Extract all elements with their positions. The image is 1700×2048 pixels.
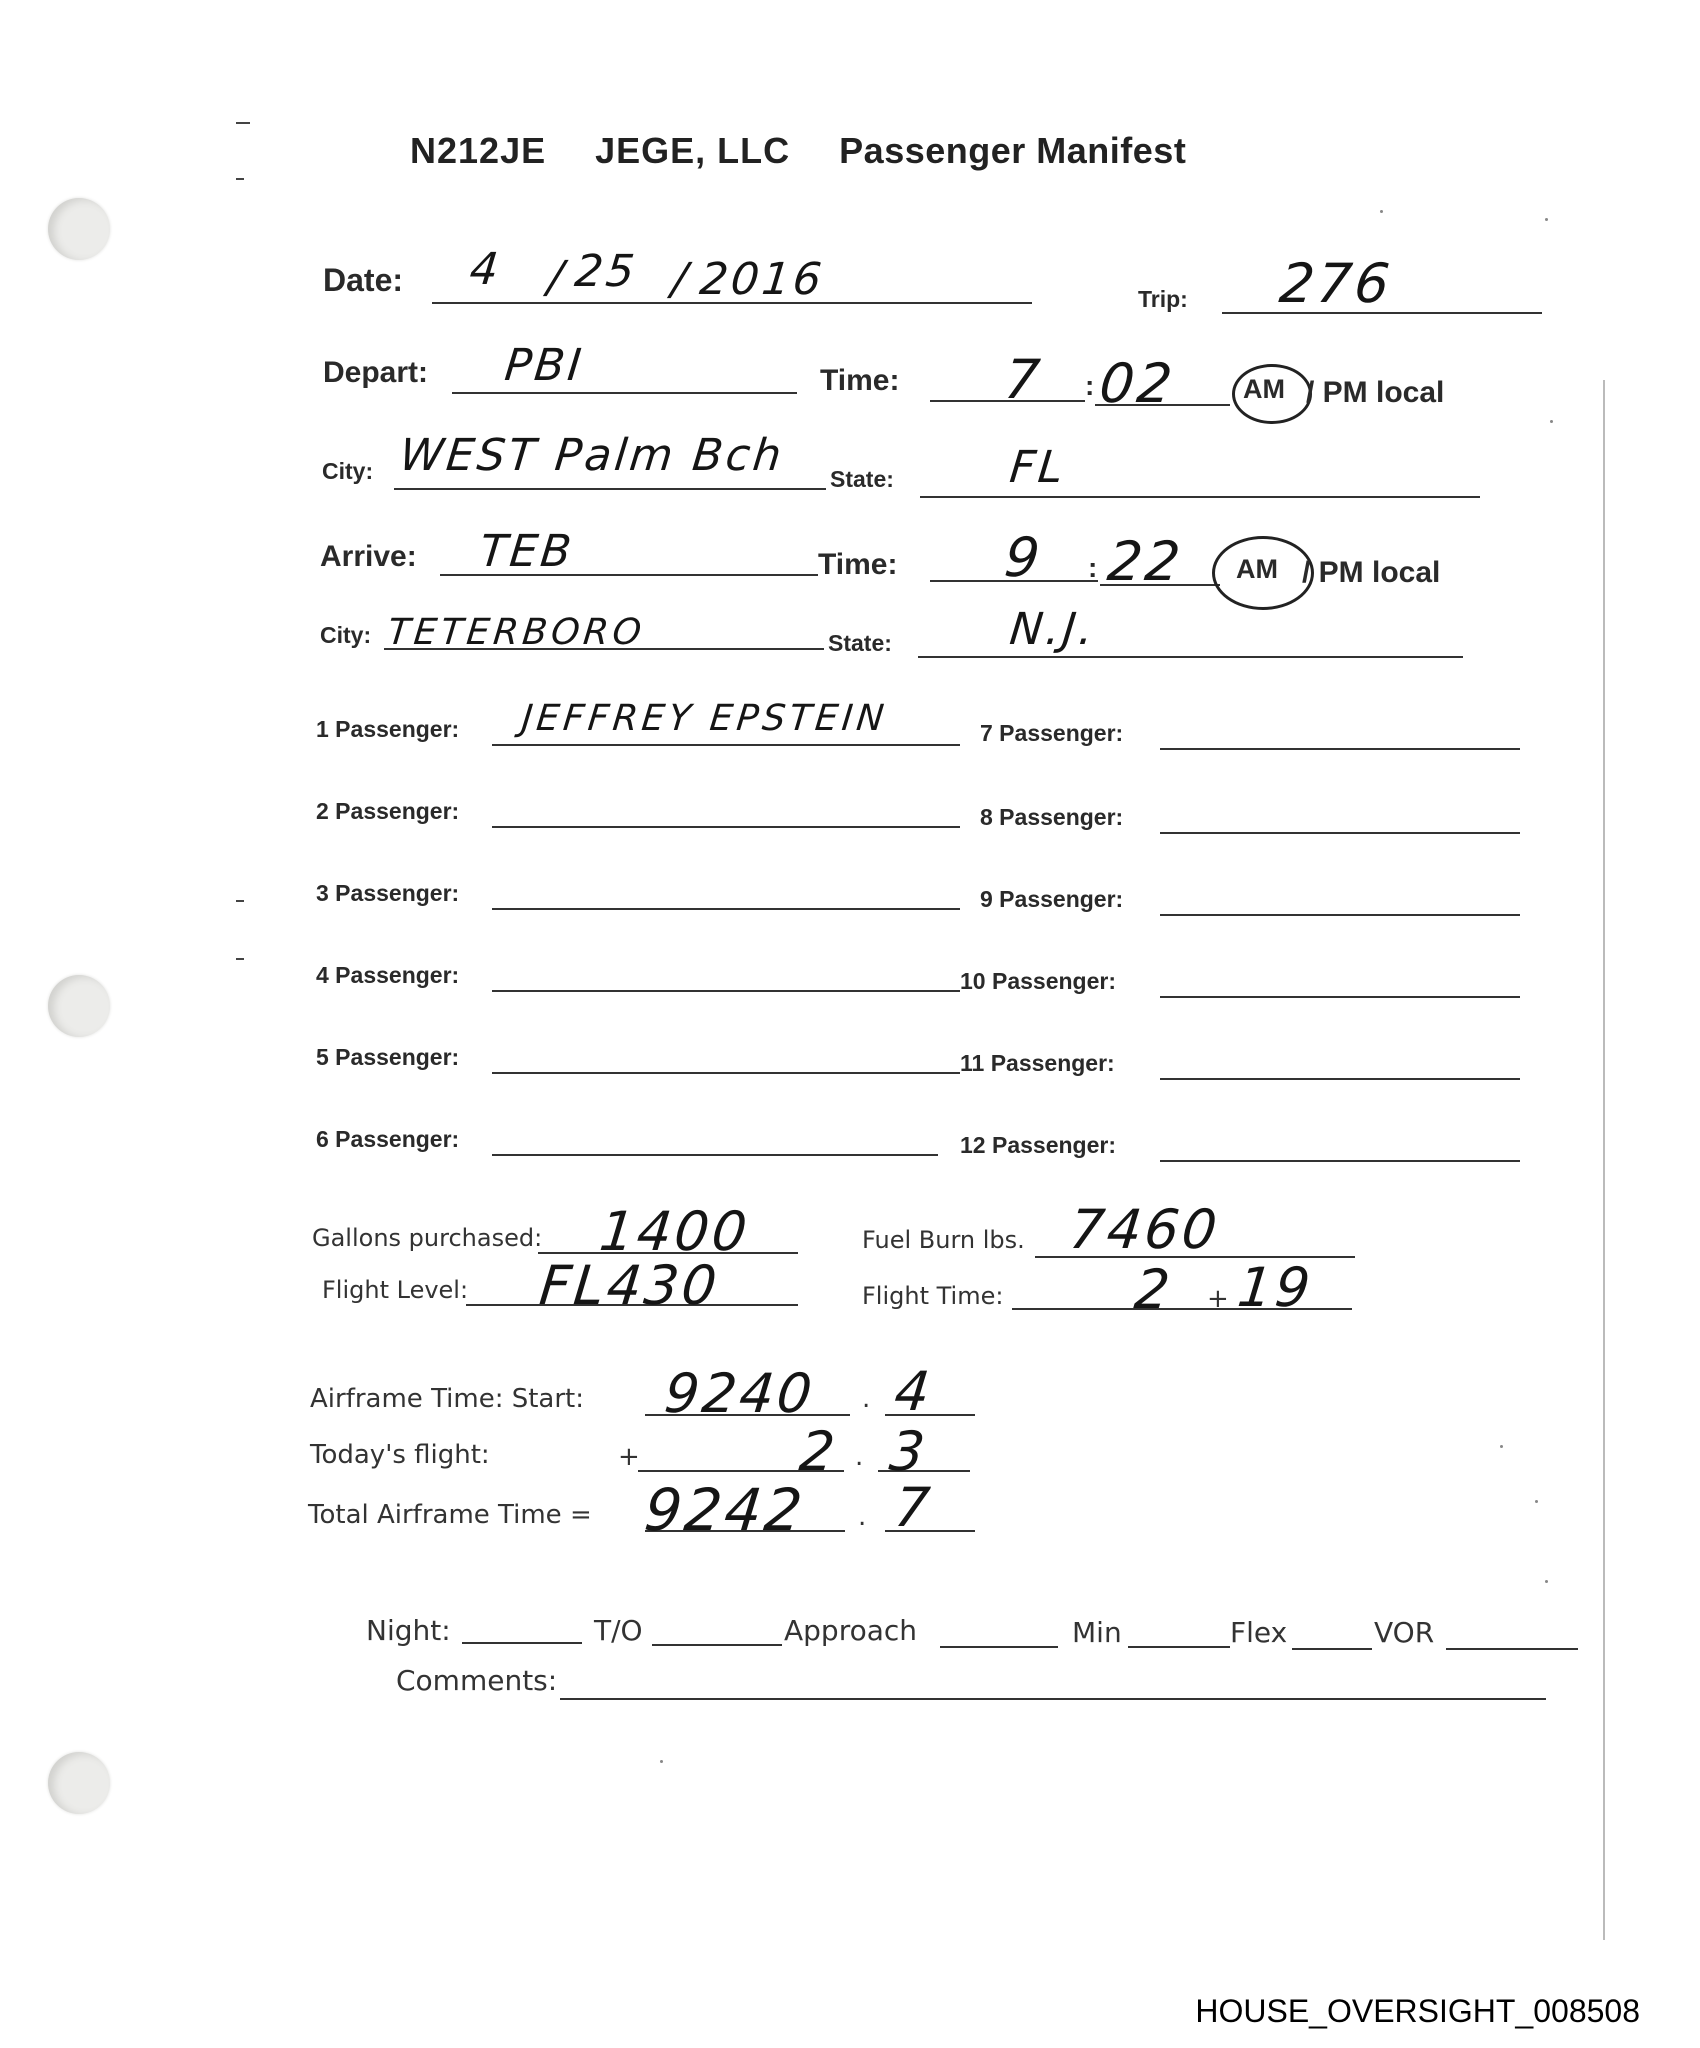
- company-name: JEGE, LLC: [595, 130, 790, 171]
- depart-am[interactable]: AM: [1243, 374, 1285, 405]
- night-label: Night:: [366, 1614, 451, 1647]
- arrive-am[interactable]: AM: [1236, 554, 1278, 585]
- form-title: Passenger Manifest: [839, 130, 1186, 171]
- fuel-burn-label: Fuel Burn lbs.: [862, 1226, 1025, 1254]
- manifest-header: N212JE JEGE, LLC Passenger Manifest: [410, 130, 1224, 172]
- min-line[interactable]: [1128, 1646, 1230, 1648]
- time-colon: :: [1085, 370, 1094, 402]
- date-sep: /: [669, 254, 692, 305]
- passenger-label: 10 Passenger:: [960, 968, 1116, 995]
- hole-punch-top: [48, 198, 110, 260]
- passenger-name-field[interactable]: [1160, 1160, 1520, 1162]
- passenger-label: 5 Passenger:: [316, 1044, 459, 1071]
- passenger-name-field[interactable]: [492, 826, 960, 828]
- todays-flight-operator: +: [618, 1442, 640, 1472]
- decimal-point: .: [855, 1442, 863, 1472]
- passenger-label: 2 Passenger:: [316, 798, 459, 825]
- bates-stamp: HOUSE_OVERSIGHT_008508: [1195, 1993, 1640, 2030]
- todays-flight-dec: 3: [887, 1420, 931, 1483]
- margin-dash: [236, 900, 244, 902]
- trip-number: 276: [1277, 252, 1396, 315]
- arrive-city: TETERBORO: [386, 612, 647, 653]
- arrive-airport: TEB: [477, 526, 576, 577]
- date-year: 2016: [697, 254, 826, 305]
- passenger-name-field[interactable]: [1160, 996, 1520, 998]
- passenger-name-field[interactable]: [492, 908, 960, 910]
- arrive-city-label: City:: [320, 622, 371, 649]
- flight-time-separator: +: [1207, 1284, 1229, 1314]
- flight-time-minutes: 19: [1235, 1256, 1316, 1319]
- vor-line[interactable]: [1446, 1648, 1578, 1650]
- passenger-name: JEFFREY EPSTEIN: [520, 698, 890, 739]
- passenger-name-field[interactable]: [1160, 914, 1520, 916]
- passenger-label: 6 Passenger:: [316, 1126, 459, 1153]
- trip-label: Trip:: [1138, 286, 1188, 313]
- airframe-start-whole: 9240: [662, 1362, 818, 1425]
- comments-line[interactable]: [560, 1698, 1546, 1700]
- depart-label: Depart:: [323, 356, 428, 390]
- todays-flight-whole: 2: [797, 1420, 841, 1483]
- scan-speck: [1535, 1500, 1538, 1503]
- time-colon: :: [1088, 552, 1097, 584]
- flex-label: Flex: [1230, 1616, 1287, 1649]
- scan-speck: [1550, 420, 1553, 423]
- depart-state-label: State:: [830, 466, 894, 493]
- passenger-label: 12 Passenger:: [960, 1132, 1116, 1159]
- passenger-label: 3 Passenger:: [316, 880, 459, 907]
- decimal-point: .: [858, 1502, 866, 1532]
- takeoff-label: T/O: [594, 1614, 643, 1647]
- margin-dash: [236, 178, 244, 180]
- vor-label: VOR: [1374, 1616, 1434, 1649]
- depart-city-line[interactable]: [394, 488, 826, 490]
- tail-number: N212JE: [410, 130, 546, 171]
- gallons-label: Gallons purchased:: [312, 1224, 542, 1252]
- passenger-label: 7 Passenger:: [980, 720, 1123, 747]
- arrive-state-line[interactable]: [918, 656, 1463, 658]
- decimal-point: .: [862, 1384, 870, 1414]
- takeoff-line[interactable]: [652, 1644, 782, 1646]
- min-label: Min: [1072, 1616, 1122, 1649]
- depart-airport: PBI: [502, 340, 586, 391]
- margin-dash: [236, 958, 244, 960]
- passenger-label: 11 Passenger:: [960, 1050, 1115, 1077]
- passenger-name-field[interactable]: [492, 1072, 960, 1074]
- scan-speck: [1545, 218, 1548, 221]
- date-day: 25: [572, 246, 639, 297]
- hole-punch-bottom: [48, 1752, 110, 1814]
- flight-time-label: Flight Time:: [862, 1282, 1003, 1310]
- airframe-start-dec: 4: [892, 1360, 936, 1423]
- night-line[interactable]: [462, 1642, 582, 1644]
- passenger-name-field[interactable]: [492, 744, 960, 746]
- depart-state-line[interactable]: [920, 496, 1480, 498]
- passenger-label: 4 Passenger:: [316, 962, 459, 989]
- scan-speck: [1500, 1445, 1503, 1448]
- arrive-label: Arrive:: [320, 540, 417, 574]
- flight-level-label: Flight Level:: [322, 1276, 468, 1304]
- depart-city: WEST Palm Bch: [397, 430, 786, 481]
- passenger-name-field[interactable]: [492, 990, 960, 992]
- scan-speck: [1545, 1580, 1548, 1583]
- todays-flight-label: Today's flight:: [310, 1440, 490, 1470]
- approach-label: Approach: [784, 1614, 917, 1647]
- arrive-state-label: State:: [828, 630, 892, 657]
- scan-speck: [660, 1760, 663, 1763]
- approach-line[interactable]: [940, 1646, 1058, 1648]
- depart-pm-local[interactable]: / PM local: [1306, 376, 1444, 410]
- scan-speck: [1380, 210, 1383, 213]
- date-label: Date:: [323, 262, 403, 299]
- arrive-time-label: Time:: [818, 548, 897, 582]
- margin-mark: [236, 104, 250, 124]
- hole-punch-middle: [48, 975, 110, 1037]
- depart-city-label: City:: [322, 458, 373, 485]
- arrive-hour: 9: [1002, 526, 1046, 589]
- passenger-name-field[interactable]: [1160, 1078, 1520, 1080]
- passenger-name-field[interactable]: [492, 1154, 938, 1156]
- total-airframe-whole: 9242: [641, 1476, 808, 1544]
- total-airframe-label: Total Airframe Time =: [308, 1500, 592, 1530]
- depart-field-line[interactable]: [452, 392, 797, 394]
- flex-line[interactable]: [1292, 1648, 1372, 1650]
- passenger-name-field[interactable]: [1160, 748, 1520, 750]
- airframe-start-label: Airframe Time: Start:: [310, 1384, 584, 1414]
- right-edge-line: [1603, 380, 1605, 1940]
- comments-label: Comments:: [396, 1664, 557, 1697]
- date-month: 4: [467, 244, 503, 295]
- arrive-pm-local[interactable]: / PM local: [1302, 556, 1440, 590]
- depart-state: FL: [1007, 442, 1068, 493]
- passenger-label: 8 Passenger:: [980, 804, 1123, 831]
- fuel-burn-value: 7460: [1067, 1198, 1223, 1261]
- flight-time-hours: 2: [1132, 1258, 1176, 1321]
- passenger-label: 9 Passenger:: [980, 886, 1123, 913]
- total-airframe-dec: 7: [892, 1476, 936, 1539]
- arrive-state: N.J.: [1007, 604, 1098, 655]
- passenger-name-field[interactable]: [1160, 832, 1520, 834]
- arrive-minute: 22: [1105, 530, 1186, 593]
- flight-level-value: FL430: [537, 1254, 723, 1317]
- passenger-label: 1 Passenger:: [316, 716, 459, 743]
- depart-minute: 02: [1097, 352, 1178, 415]
- depart-hour: 7: [1002, 348, 1046, 411]
- depart-time-label: Time:: [820, 364, 899, 398]
- date-sep: /: [545, 252, 568, 303]
